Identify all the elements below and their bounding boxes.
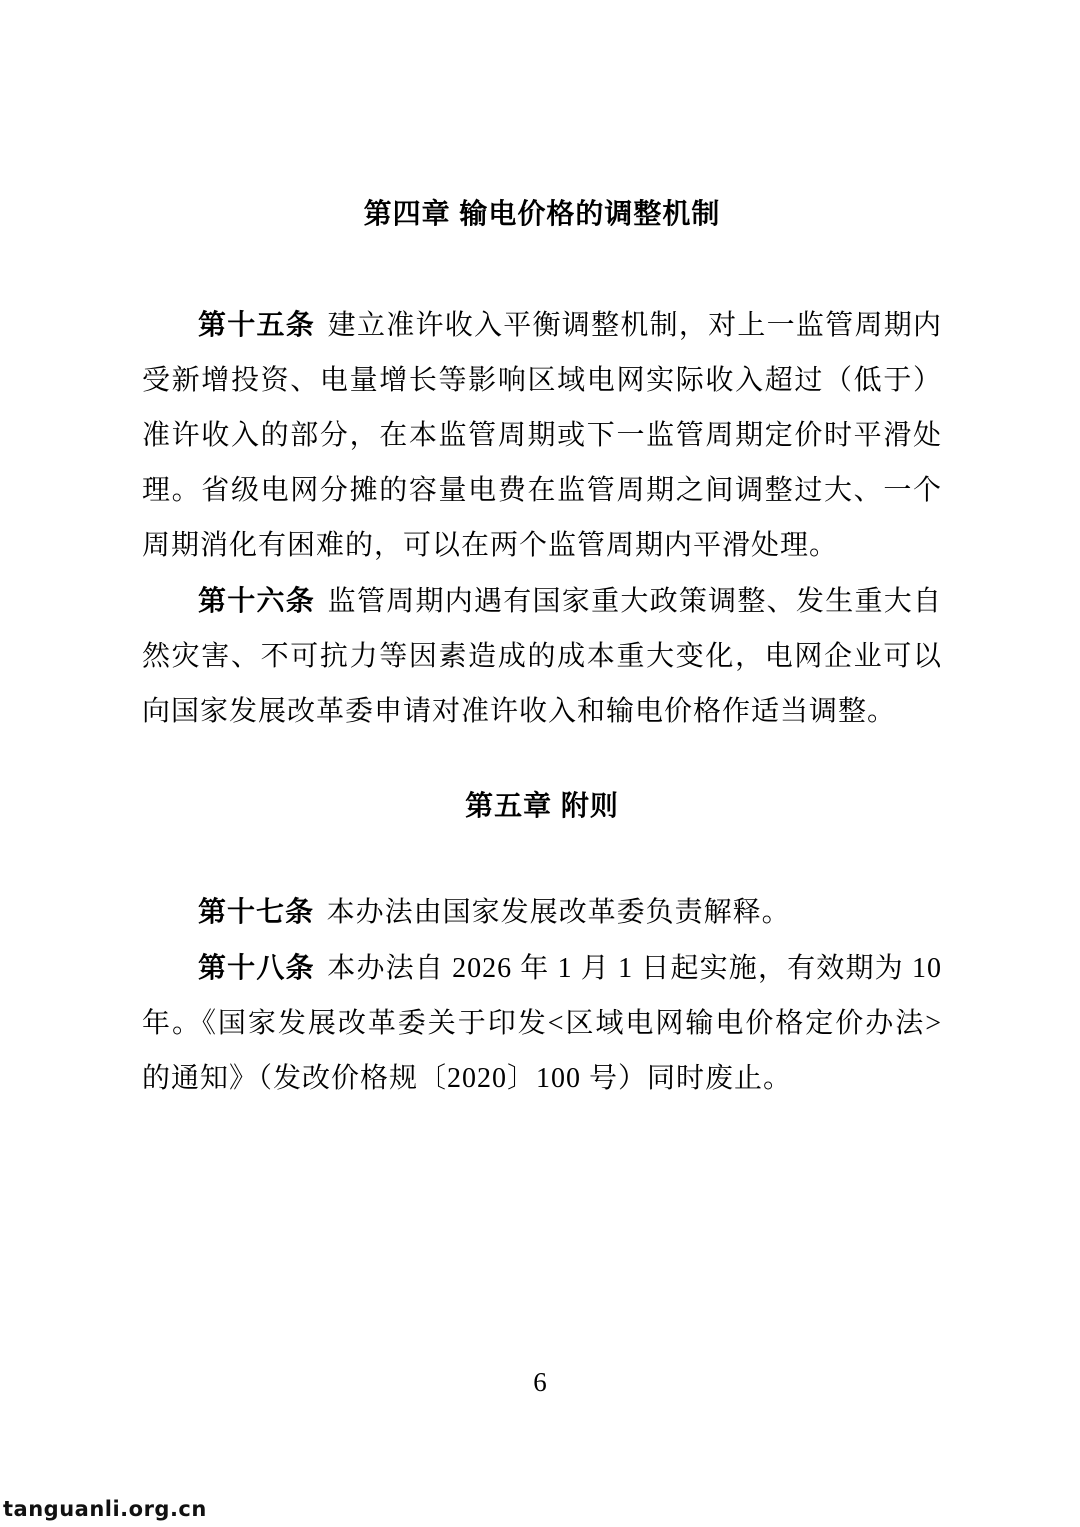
article-17-text: 本办法由国家发展改革委负责解释。 [327, 897, 791, 928]
article-17-paragraph: 第十七条本办法由国家发展改革委负责解释。 [142, 884, 942, 940]
article-16-label: 第十六条 [198, 585, 315, 616]
document-page: 第四章 输电价格的调整机制 第十五条建立准许收入平衡调整机制，对上一监管周期内受… [0, 0, 1080, 1527]
article-15-paragraph: 第十五条建立准许收入平衡调整机制，对上一监管周期内受新增投资、电量增长等影响区域… [142, 297, 942, 573]
article-17-label: 第十七条 [198, 896, 314, 927]
article-15-text: 建立准许收入平衡调整机制，对上一监管周期内受新增投资、电量增长等影响区域电网实际… [142, 310, 942, 561]
chapter-4-heading: 第四章 输电价格的调整机制 [142, 194, 942, 234]
document-content: 第四章 输电价格的调整机制 第十五条建立准许收入平衡调整机制，对上一监管周期内受… [142, 0, 942, 1106]
article-18-label: 第十八条 [198, 952, 315, 983]
article-16-paragraph: 第十六条监管周期内遇有国家重大政策调整、发生重大自然灾害、不可抗力等因素造成的成… [142, 573, 942, 739]
article-15-label: 第十五条 [198, 309, 315, 340]
watermark-url: tanguanli.org.cn [3, 1496, 207, 1522]
article-18-paragraph: 第十八条本办法自 2026 年 1 月 1 日起实施，有效期为 10 年。《国家… [142, 940, 942, 1106]
page-number: 6 [0, 1362, 1080, 1402]
chapter-5-heading: 第五章 附则 [142, 786, 942, 826]
